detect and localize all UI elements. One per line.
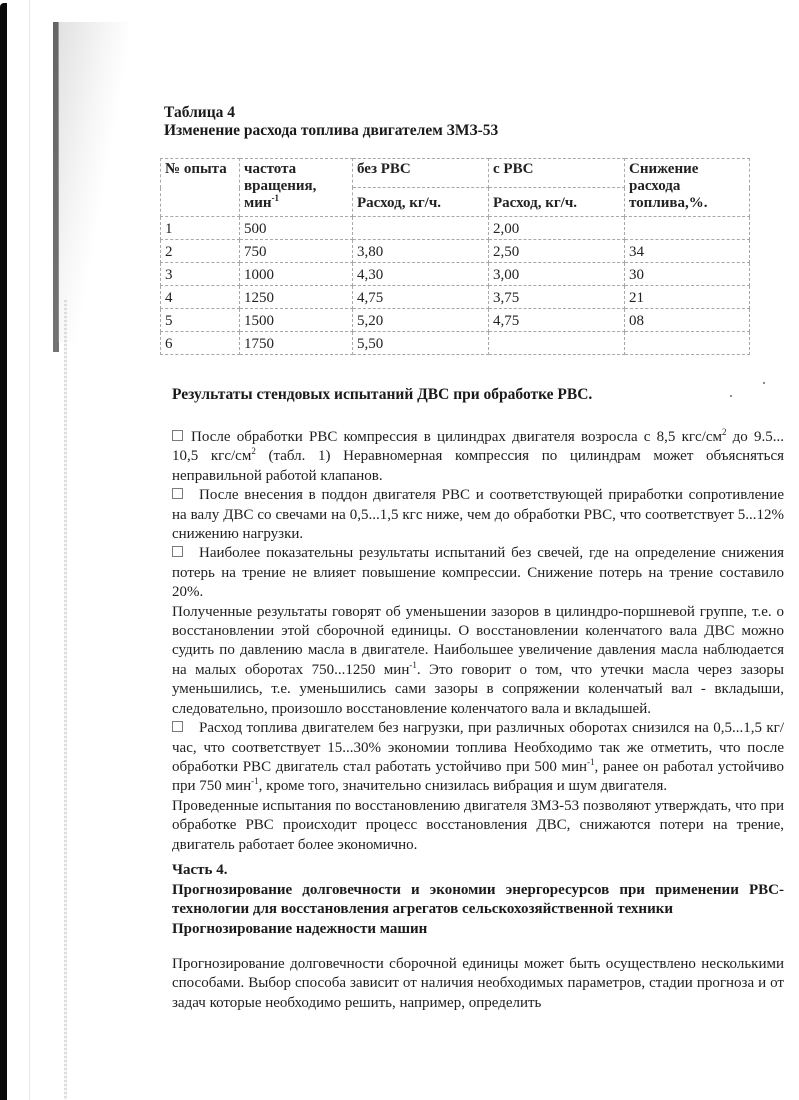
bullet-fuel-consumption: Расход топлива двигателем без нагрузки, … <box>172 719 784 797</box>
table-row: 617505,50 <box>161 332 750 355</box>
checkbox-bullet-icon <box>172 546 183 557</box>
table-row: 27503,802,5034 <box>161 240 750 263</box>
table-row: 412504,753,7521 <box>161 286 750 309</box>
cell-rpm: 500 <box>240 217 353 240</box>
header-without-rvs: без РВС <box>353 159 489 188</box>
checkbox-bullet-icon <box>172 430 183 441</box>
results-heading: Результаты стендовых испытаний ДВС при о… <box>172 386 592 404</box>
cell-reduction: 21 <box>625 286 750 309</box>
table-row: 515005,204,7508 <box>161 309 750 332</box>
cell-run-no: 4 <box>161 286 240 309</box>
header-with-rvs: с РВС <box>489 159 625 188</box>
table-label: Таблица 4 <box>164 104 784 122</box>
cell-rpm: 1250 <box>240 286 353 309</box>
table-title: Изменение расхода топлива двигателем ЗМЗ… <box>164 122 784 140</box>
checkbox-bullet-icon <box>172 721 183 732</box>
cell-run-no: 6 <box>161 332 240 355</box>
cell-without-rvs: 5,50 <box>353 332 489 355</box>
table-row: 15002,00 <box>161 217 750 240</box>
cell-reduction: 08 <box>625 309 750 332</box>
cell-run-no: 2 <box>161 240 240 263</box>
paragraph-conclusion: Проведенные испытания по восстановлению … <box>172 797 784 855</box>
header-run-no: № опыта <box>161 159 240 217</box>
cell-without-rvs: 4,30 <box>353 263 489 286</box>
cell-with-rvs <box>489 332 625 355</box>
cell-run-no: 5 <box>161 309 240 332</box>
scan-speckle-line <box>64 300 67 1100</box>
bullet-compression: После обработки РВС компрессия в цилиндр… <box>172 428 784 486</box>
fuel-consumption-table: № опыта частота вращения,мин-1 без РВС с… <box>160 158 750 355</box>
cell-without-rvs <box>353 217 489 240</box>
scan-speck <box>730 395 732 397</box>
cell-reduction <box>625 217 750 240</box>
cell-run-no: 1 <box>161 217 240 240</box>
table-caption: Таблица 4 Изменение расхода топлива двиг… <box>164 104 784 140</box>
cell-reduction: 30 <box>625 263 750 286</box>
scan-edge-line <box>29 0 30 1100</box>
scan-speck <box>763 382 765 384</box>
checkbox-bullet-icon <box>172 488 183 499</box>
part4-title: Прогнозирование долговечности и экономии… <box>172 881 784 920</box>
cell-run-no: 3 <box>161 263 240 286</box>
cell-with-rvs: 3,75 <box>489 286 625 309</box>
part4-label: Часть 4. <box>172 861 784 881</box>
cell-rpm: 1500 <box>240 309 353 332</box>
paragraph-clearances: Полученные результаты говорят об уменьше… <box>172 603 784 719</box>
cell-with-rvs: 4,75 <box>489 309 625 332</box>
cell-without-rvs: 4,75 <box>353 286 489 309</box>
cell-rpm: 1750 <box>240 332 353 355</box>
cell-without-rvs: 3,80 <box>353 240 489 263</box>
cell-reduction <box>625 332 750 355</box>
cell-with-rvs: 2,50 <box>489 240 625 263</box>
bullet-friction: Наиболее показательны результаты испытан… <box>172 544 784 602</box>
scan-border-left <box>0 3 7 1100</box>
scan-shadow-gradient <box>58 22 128 342</box>
part4-subtitle: Прогнозирование надежности машин <box>172 920 784 940</box>
header-rpm: частота вращения,мин-1 <box>240 159 353 217</box>
header-consumption-with: Расход, кг/ч. <box>489 188 625 217</box>
cell-without-rvs: 5,20 <box>353 309 489 332</box>
table-row: 310004,303,0030 <box>161 263 750 286</box>
cell-rpm: 1000 <box>240 263 353 286</box>
cell-with-rvs: 2,00 <box>489 217 625 240</box>
paragraph-forecasting: Прогнозирование долговечности сборочной … <box>172 955 784 1013</box>
cell-reduction: 34 <box>625 240 750 263</box>
results-body: После обработки РВС компрессия в цилиндр… <box>172 428 784 855</box>
part4-body: Прогнозирование долговечности сборочной … <box>172 955 784 1013</box>
header-consumption-without: Расход, кг/ч. <box>353 188 489 217</box>
header-reduction: Снижение расхода топлива,%. <box>625 159 750 217</box>
bullet-shaft-resistance: После внесения в поддон двигателя РВС и … <box>172 486 784 544</box>
cell-rpm: 750 <box>240 240 353 263</box>
cell-with-rvs: 3,00 <box>489 263 625 286</box>
part4-heading: Часть 4. Прогнозирование долговечности и… <box>172 861 784 939</box>
